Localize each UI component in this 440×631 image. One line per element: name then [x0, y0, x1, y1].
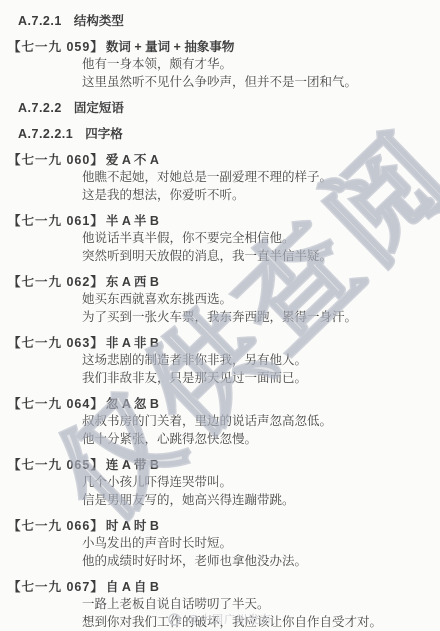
example-sentence: 叔叔书房的门关着，里边的说话声忽高忽低。: [0, 413, 440, 431]
entry-063: 【七一九 063】非 A 非 B 这场悲剧的制造者非你非我，另有他人。 我们非敌…: [0, 334, 440, 387]
publisher-credit: @中国广州发布: [0, 611, 440, 629]
document-page: A.7.2.1结构类型 【七一九 059】数词 + 量词 + 抽象事物 他有一身…: [0, 0, 440, 631]
entry-064: 【七一九 064】忽 A 忽 B 叔叔书房的门关着，里边的说话声忽高忽低。 他十…: [0, 395, 440, 448]
weibo-logo-icon: [168, 613, 181, 629]
entry-label: 【七一九 067】自 A 自 B: [8, 578, 440, 596]
entry-title: 半 A 半 B: [106, 214, 159, 228]
entry-number: 【七一九 067】: [8, 580, 104, 594]
entry-number: 【七一九 066】: [8, 519, 104, 533]
entry-number: 【七一九 064】: [8, 397, 104, 411]
section-title: 四字格: [85, 127, 123, 141]
example-sentence: 他说话半真半假，你不要完全相信他。: [0, 230, 440, 248]
section-title: 固定短语: [74, 101, 124, 115]
example-sentence: 小鸟发出的声音时长时短。: [0, 535, 440, 553]
entry-title: 爱 A 不 A: [106, 153, 159, 167]
example-sentence: 他有一身本领，颇有才华。: [0, 56, 440, 74]
entry-number: 【七一九 059】: [8, 40, 104, 54]
entry-number: 【七一九 060】: [8, 153, 104, 167]
section-heading-a721: A.7.2.1结构类型: [18, 12, 440, 30]
entry-label: 【七一九 066】时 A 时 B: [8, 517, 440, 535]
entry-label: 【七一九 063】非 A 非 B: [8, 334, 440, 352]
section-heading-a722: A.7.2.2固定短语: [18, 99, 440, 117]
example-sentence: 这里虽然听不见什么争吵声，但并不是一团和气。: [0, 74, 440, 92]
entry-number: 【七一九 065】: [8, 458, 104, 472]
entry-066: 【七一九 066】时 A 时 B 小鸟发出的声音时长时短。 他的成绩时好时坏，老…: [0, 517, 440, 570]
entry-061: 【七一九 061】半 A 半 B 他说话半真半假，你不要完全相信他。 突然听到明…: [0, 212, 440, 265]
example-sentence: 他瞧不起她，对她总是一副爱理不理的样子。: [0, 169, 440, 187]
entry-065: 【七一九 065】连 A 带 B 几个小孩儿吓得连哭带叫。 信是男朋友写的，她高…: [0, 456, 440, 509]
example-sentence: 我们非敌非友，只是那天见过一面而已。: [0, 370, 440, 388]
entry-title: 非 A 非 B: [106, 336, 159, 350]
entry-label: 【七一九 065】连 A 带 B: [8, 456, 440, 474]
example-sentence: 这是我的想法，你爱听不听。: [0, 187, 440, 205]
section-title: 结构类型: [74, 14, 124, 28]
entry-title: 数词 + 量词 + 抽象事物: [106, 40, 235, 54]
entry-059: 【七一九 059】数词 + 量词 + 抽象事物 他有一身本领，颇有才华。 这里虽…: [0, 38, 440, 91]
entry-number: 【七一九 063】: [8, 336, 104, 350]
entry-label: 【七一九 062】东 A 西 B: [8, 273, 440, 291]
entry-label: 【七一九 060】爱 A 不 A: [8, 151, 440, 169]
section-number: A.7.2.1: [18, 14, 62, 28]
entry-label: 【七一九 059】数词 + 量词 + 抽象事物: [8, 38, 440, 56]
entry-title: 忽 A 忽 B: [106, 397, 159, 411]
entry-label: 【七一九 061】半 A 半 B: [8, 212, 440, 230]
entry-062: 【七一九 062】东 A 西 B 她买东西就喜欢东挑西选。 为了买到一张火车票，…: [0, 273, 440, 326]
example-sentence: 他十分紧张，心跳得忽快忽慢。: [0, 431, 440, 449]
section-number: A.7.2.2: [18, 101, 62, 115]
entry-title: 时 A 时 B: [106, 519, 159, 533]
entry-title: 东 A 西 B: [106, 275, 159, 289]
publisher-handle: @中国广州发布: [188, 614, 272, 626]
entry-title: 自 A 自 B: [106, 580, 159, 594]
section-number: A.7.2.2.1: [18, 127, 73, 141]
example-sentence: 为了买到一张火车票，我东奔西跑，累得一身汗。: [0, 309, 440, 327]
entry-label: 【七一九 064】忽 A 忽 B: [8, 395, 440, 413]
example-sentence: 这场悲剧的制造者非你非我，另有他人。: [0, 352, 440, 370]
example-sentence: 信是男朋友写的，她高兴得连蹦带跳。: [0, 492, 440, 510]
example-sentence: 几个小孩儿吓得连哭带叫。: [0, 474, 440, 492]
section-heading-a7221: A.7.2.2.1四字格: [18, 125, 440, 143]
entry-number: 【七一九 062】: [8, 275, 104, 289]
entry-number: 【七一九 061】: [8, 214, 104, 228]
example-sentence: 她买东西就喜欢东挑西选。: [0, 291, 440, 309]
example-sentence: 他的成绩时好时坏，老师也拿他没办法。: [0, 553, 440, 571]
example-sentence: 突然听到明天放假的消息，我一直半信半疑。: [0, 248, 440, 266]
entry-title: 连 A 带 B: [106, 458, 159, 472]
entry-060: 【七一九 060】爱 A 不 A 他瞧不起她，对她总是一副爱理不理的样子。 这是…: [0, 151, 440, 204]
